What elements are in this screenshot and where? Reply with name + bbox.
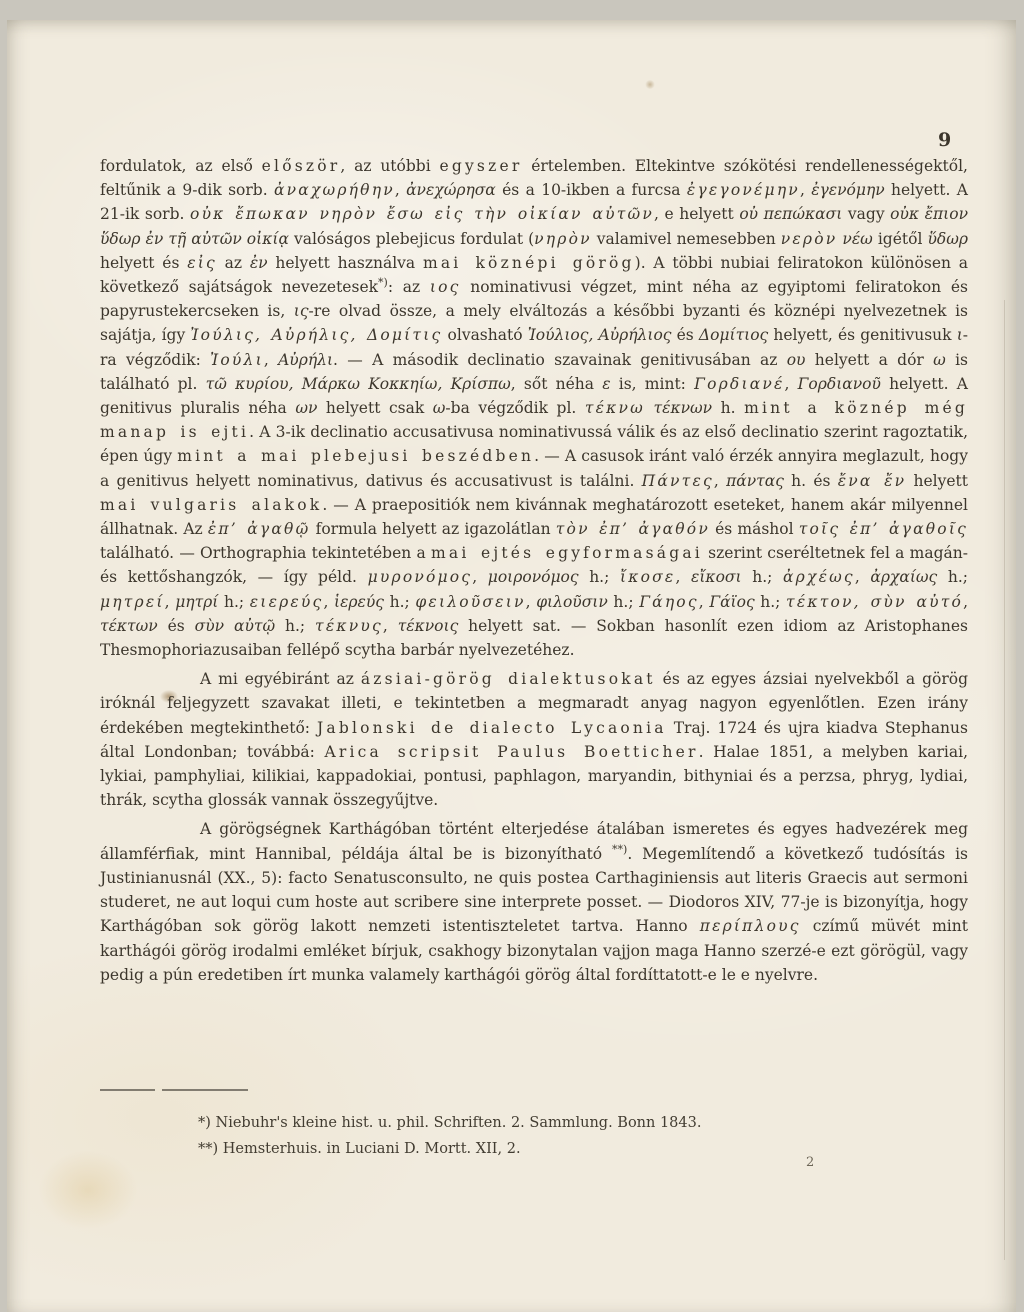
text-segment: h.;: [384, 593, 415, 611]
greek-text: τέκτων: [100, 617, 158, 635]
greek-text: νηρὸν: [534, 230, 592, 248]
text-segment: olvasható: [442, 326, 527, 344]
footnote-marker: **): [612, 843, 627, 856]
text-segment: [645, 399, 654, 417]
greek-text: μητρί: [175, 593, 218, 611]
footnotes: *) Niebuhr's kleine hist. u. phil. Schri…: [198, 1110, 701, 1162]
greek-text: μυρονόμος: [368, 568, 473, 586]
greek-text: φειλοῦσειν: [415, 593, 525, 611]
footnote-rule: [100, 1089, 270, 1091]
greek-text: ἐγενόμην: [811, 181, 884, 199]
text-segment: h.: [712, 399, 744, 417]
page-crease: [1004, 300, 1005, 1260]
greek-text: τέκνυς: [315, 617, 383, 635]
greek-text: ων: [295, 399, 317, 417]
text-segment: Arica scripsit Paulus Boetticher: [324, 743, 698, 761]
greek-text: εἰς: [187, 254, 217, 272]
text-segment: helyett, és genitivusuk: [768, 326, 956, 344]
text-segment: , sőt néha: [511, 375, 602, 393]
greek-text: ω: [433, 399, 446, 417]
text-segment: formula helyett az igazolátlan: [310, 520, 555, 538]
greek-text: ω: [933, 351, 946, 369]
scanned-book-page: { "page": { "number": "9", "signature_ma…: [0, 0, 1024, 1312]
greek-text: Ἰούλιος, Αὐρήλιος: [528, 326, 672, 344]
greek-text: ιος: [430, 278, 461, 296]
text-segment: mint a mai plebejusi beszédben: [177, 447, 534, 465]
text-segment: és a 10-ikben a furcsa: [496, 181, 687, 199]
greek-text: ἀνεχώρησα: [406, 181, 496, 199]
text-segment: h.;: [275, 617, 315, 635]
text-segment: ,: [800, 181, 811, 199]
greek-text: ἱερεύς: [334, 593, 384, 611]
greek-text: ε: [602, 375, 610, 393]
text-segment: ,: [472, 568, 488, 586]
greek-text: τέκνω: [585, 399, 645, 417]
greek-text: ὕδωρ: [927, 230, 968, 248]
text-segment: mai ejtés egyformaságai: [431, 544, 703, 562]
text-segment: . — A második declinatio szavainak genit…: [333, 351, 787, 369]
text-segment: Jablonski de dialecto Lycaonia: [317, 719, 667, 737]
text-segment: ,: [855, 568, 871, 586]
greek-text: τῶ κυρίου, Μάρκω Κοκκηίω, Κρίσπω: [206, 375, 511, 393]
text-segment: h.;: [742, 568, 783, 586]
text-segment: h.;: [755, 593, 786, 611]
greek-text: περίπλους: [700, 917, 801, 935]
greek-text: ἀρχέως: [783, 568, 855, 586]
text-segment: is, mint:: [611, 375, 695, 393]
text-segment: helyett: [906, 472, 968, 490]
text-segment: ,: [675, 568, 691, 586]
text-segment: h. és: [784, 472, 838, 490]
text-segment: A mi egyébiránt az: [200, 670, 361, 688]
text-segment: és: [671, 326, 698, 344]
greek-text: οὐκ ἔπωκαν νηρὸν ἔσω εἰς τὴν οἰκίαν αὐτῶ…: [190, 205, 654, 223]
greek-text: Ἰούλι: [210, 351, 264, 369]
text-segment: és máshol: [710, 520, 799, 538]
text-segment: ,: [526, 593, 537, 611]
greek-text: ις: [294, 302, 309, 320]
greek-text: ἴκοσε: [620, 568, 675, 586]
text-segment: található. — Orthographia tekintetében a: [100, 544, 431, 562]
greek-text: ἀναχωρήθην: [274, 181, 395, 199]
footnote: **) Hemsterhuis. in Luciani D. Mortt. XI…: [198, 1136, 701, 1162]
text-segment: ázsiai-görög dialektusokat: [361, 670, 656, 688]
text-segment: egyszer: [439, 157, 522, 175]
text-segment: h.;: [218, 593, 249, 611]
paragraph: fordulatok, az első először, az utóbbi e…: [100, 154, 968, 662]
text-segment: ,: [383, 617, 398, 635]
text-segment: először: [262, 157, 341, 175]
text-segment: ,: [785, 375, 798, 393]
greek-text: Δομίτιος: [699, 326, 768, 344]
text-segment: -ba végződik pl.: [445, 399, 584, 417]
greek-text: τέκτον, σὺν αὐτό: [786, 593, 963, 611]
body-text: fordulatok, az első először, az utóbbi e…: [100, 154, 968, 987]
greek-text: τέκνων: [654, 399, 713, 417]
greek-text: Γορδιανέ: [694, 375, 784, 393]
greek-text: σὺν αὐτῷ: [195, 617, 275, 635]
text-segment: h.;: [937, 568, 968, 586]
greek-text: μοιρονόμος: [488, 568, 579, 586]
greek-text: ειερεύς: [250, 593, 324, 611]
greek-text: ἐν: [250, 254, 268, 272]
greek-text: τὸν ἐπ’ ἀγαθόν: [556, 520, 710, 538]
paragraph: A mi egyébiránt az ázsiai-görög dialektu…: [100, 667, 968, 812]
text-segment: ,: [714, 472, 726, 490]
footnote-marker: *): [378, 276, 388, 289]
greek-text: ἐγεγονέμην: [687, 181, 800, 199]
text-segment: ,: [264, 351, 278, 369]
greek-text: ἐπ’ ἀγαθῷ: [208, 520, 311, 538]
greek-text: οὐ πεπώκασι: [739, 205, 842, 223]
text-segment: ,: [323, 593, 334, 611]
greek-text: νερὸν: [781, 230, 838, 248]
signature-mark: 2: [806, 1155, 814, 1170]
text-segment: az: [217, 254, 250, 272]
text-segment: igétől: [873, 230, 928, 248]
greek-text: ου: [787, 351, 806, 369]
text-segment: és: [158, 617, 195, 635]
greek-text: Ἰούλις, Αὐρήλις, Δομίτις: [190, 326, 442, 344]
text-segment: ,: [699, 593, 710, 611]
text-segment: vagy: [842, 205, 890, 223]
greek-text: ἀρχαίως: [870, 568, 937, 586]
stain: [38, 1150, 138, 1230]
text-segment: mai vulgaris alakok: [100, 496, 322, 514]
greek-text: εἴκοσι: [691, 568, 742, 586]
stain: [645, 80, 655, 89]
greek-text: νέω: [842, 230, 872, 248]
greek-text: ἔνα ἔν: [838, 472, 906, 490]
text-segment: helyett csak: [317, 399, 432, 417]
greek-text: τοῖς ἐπ’ ἀγαθοῖς: [799, 520, 968, 538]
text-segment: : az: [388, 278, 430, 296]
text-segment: , az utóbbi: [340, 157, 439, 175]
text-segment: fordulatok, az első: [100, 157, 262, 175]
text-segment: ,: [963, 593, 968, 611]
text-segment: , e helyett: [654, 205, 739, 223]
text-segment: helyett és: [100, 254, 187, 272]
text-segment: h.;: [579, 568, 620, 586]
greek-text: Αὐρήλι: [278, 351, 333, 369]
greek-text: Πάντες: [642, 472, 714, 490]
text-segment: mai köznépi görög: [423, 254, 635, 272]
text-segment: h.;: [608, 593, 639, 611]
greek-text: Γορδιανοῦ: [798, 375, 881, 393]
text-segment: ,: [395, 181, 406, 199]
text-segment: helyett a dór: [805, 351, 933, 369]
page-number: 9: [938, 129, 952, 151]
text-segment: ,: [165, 593, 176, 611]
footnote: *) Niebuhr's kleine hist. u. phil. Schri…: [198, 1110, 701, 1136]
greek-text: Γάϊος: [709, 593, 754, 611]
paragraph: A görögségnek Karthágóban történt elterj…: [100, 817, 968, 986]
greek-text: Γάηος: [639, 593, 699, 611]
text-segment: helyett használva: [268, 254, 423, 272]
greek-text: μητρεί: [100, 593, 165, 611]
greek-text: φιλοῦσιν: [536, 593, 608, 611]
text-segment: valamivel nemesebben: [592, 230, 781, 248]
text-segment: valóságos plebejicus fordulat (: [289, 230, 534, 248]
greek-text: τέκνοις: [398, 617, 459, 635]
greek-text: πάντας: [726, 472, 784, 490]
